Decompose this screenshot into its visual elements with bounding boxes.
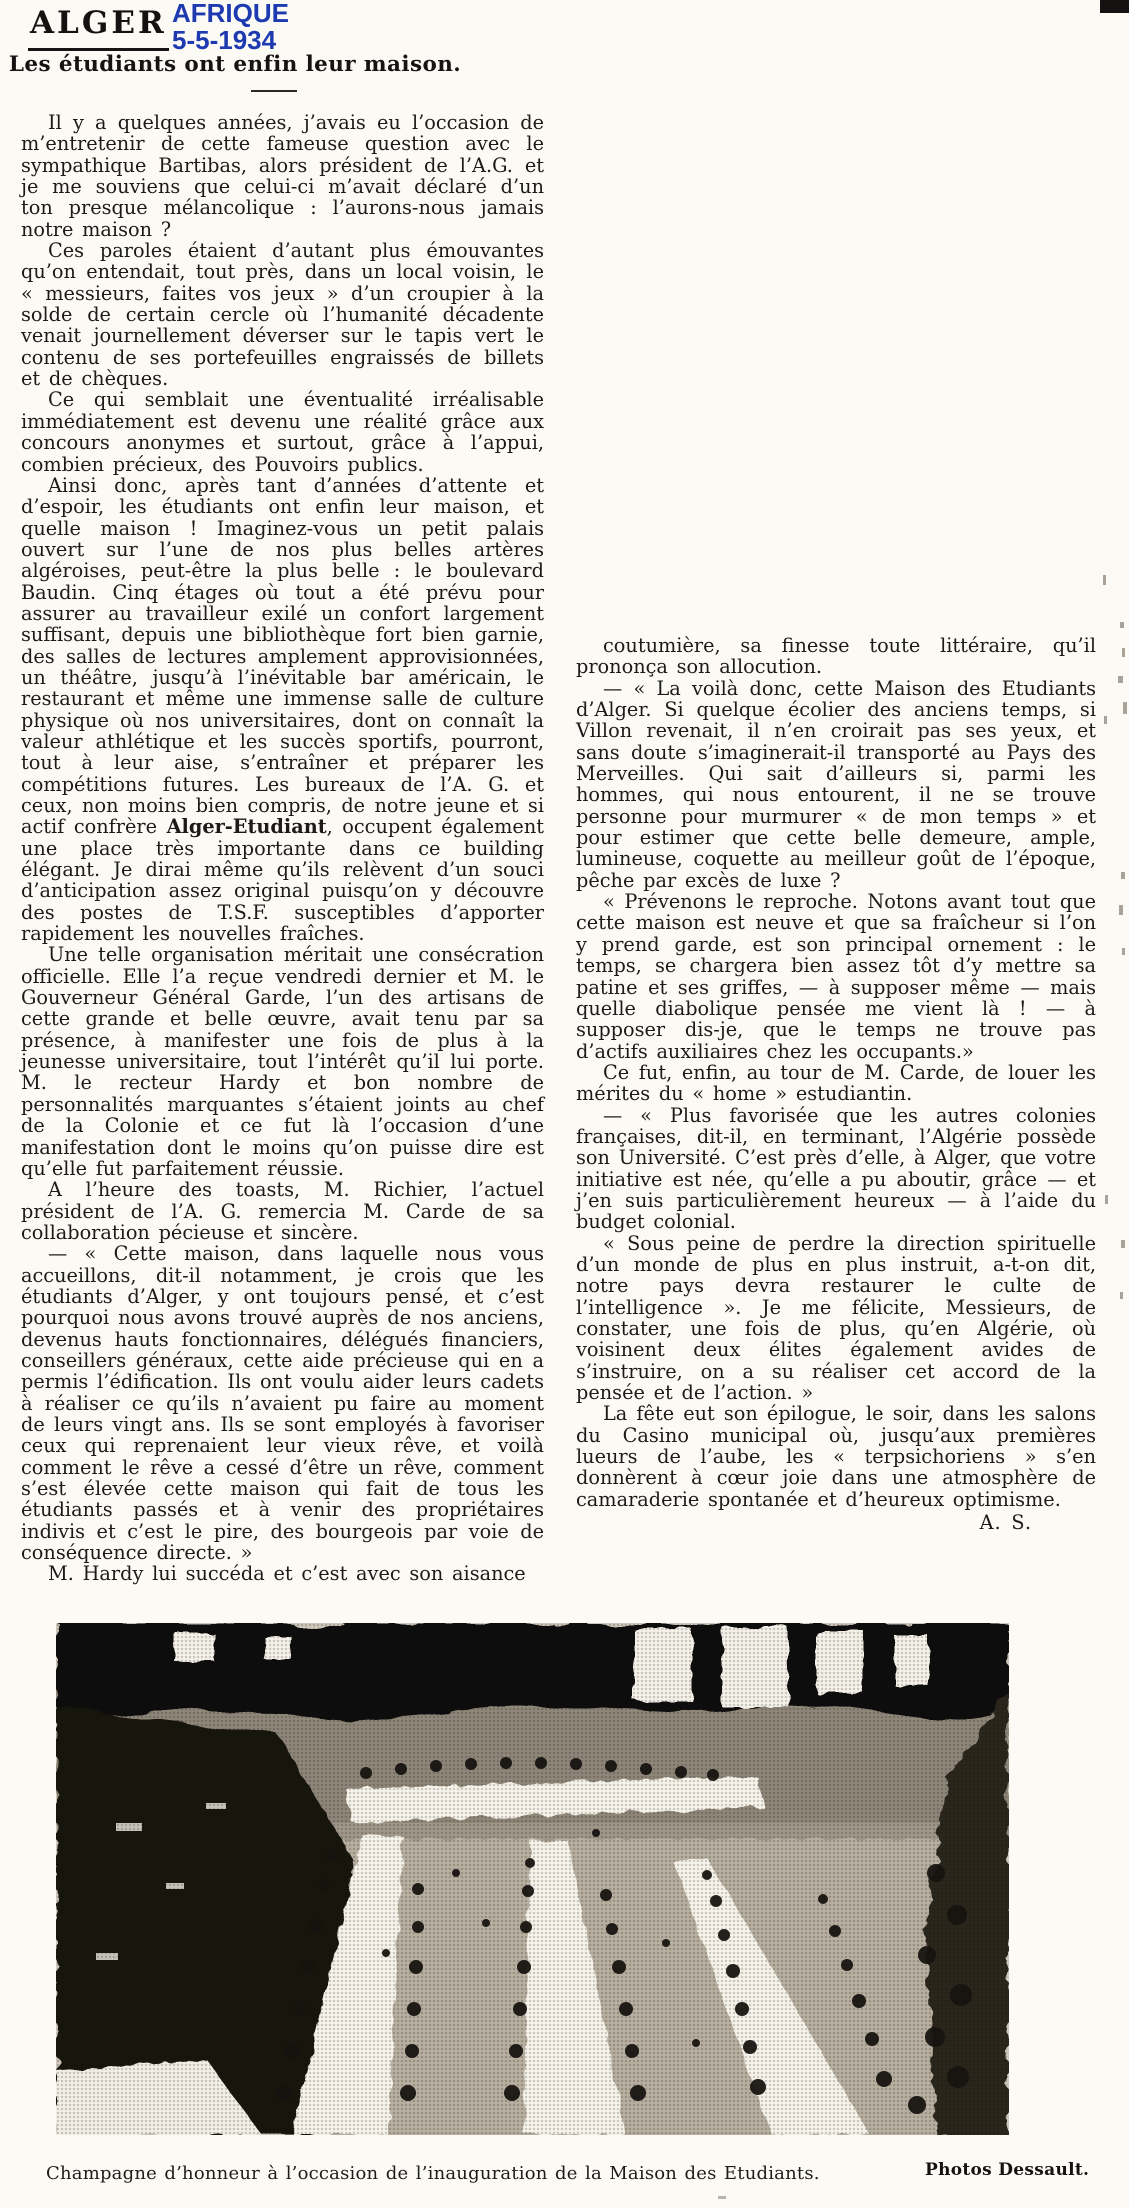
article-paragraph: Ainsi donc, après tant d’années d’attent… [21, 475, 544, 945]
article-paragraph: M. Hardy lui succéda et c’est avec son a… [21, 1563, 544, 1584]
masthead-publication-name: AFRIQUE [172, 0, 289, 27]
article-paragraph: — « Plus favorisée que les autres coloni… [576, 1105, 1096, 1233]
right-column-paragraphs: coutumière, sa finesse toute littéraire,… [576, 635, 1096, 1510]
photo-credit: Photos Dessault. [925, 2160, 1089, 2180]
article-paragraph: « Sous peine de perdre la direction spir… [576, 1233, 1096, 1404]
photo-caption: Champagne d’honneur à l’occasion de l’in… [46, 2163, 896, 2184]
article-paragraph: La fête eut son épilogue, le soir, dans … [576, 1403, 1096, 1510]
article-paragraph: — « Cette maison, dans laquelle nous vou… [21, 1243, 544, 1563]
article-paragraph: Il y a quelques années, j’avais eu l’occ… [21, 112, 544, 240]
masthead-rule [28, 48, 169, 51]
scan-corner-artifact [1100, 0, 1129, 13]
article-paragraph: — « La voilà donc, cette Maison des Etud… [576, 678, 1096, 891]
article-paragraph: coutumière, sa finesse toute littéraire,… [576, 635, 1096, 678]
banquet-photo-illustration [56, 1623, 1009, 2135]
headline-divider-dash [251, 90, 297, 92]
masthead-section-name: ALGER [30, 5, 167, 41]
article-paragraph: Ce qui semblait une éventualité irréalis… [21, 389, 544, 474]
article-paragraph: Ce fut, enfin, au tour de M. Carde, de l… [576, 1062, 1096, 1105]
article-paragraph: Une telle organisation méritait une cons… [21, 944, 544, 1179]
masthead-publication-block: AFRIQUE 5-5-1934 [172, 0, 289, 54]
article-column-right: coutumière, sa finesse toute littéraire,… [576, 635, 1096, 1533]
scan-dot-artifact [718, 2196, 726, 2199]
article-paragraph: « Prévenons le reproche. Notons avant to… [576, 891, 1096, 1062]
article-paragraph: Ces paroles étaient d’autant plus émouva… [21, 240, 544, 389]
article-paragraph: A l’heure des toasts, M. Richier, l’actu… [21, 1179, 544, 1243]
article-signature: A. S. [576, 1512, 1096, 1533]
masthead-date: 5-5-1934 [172, 27, 289, 54]
article-column-left: Il y a quelques années, j’avais eu l’occ… [21, 112, 544, 1585]
article-headline: Les étudiants ont enfin leur maison. [0, 52, 470, 77]
banquet-photo [56, 1623, 1009, 2135]
